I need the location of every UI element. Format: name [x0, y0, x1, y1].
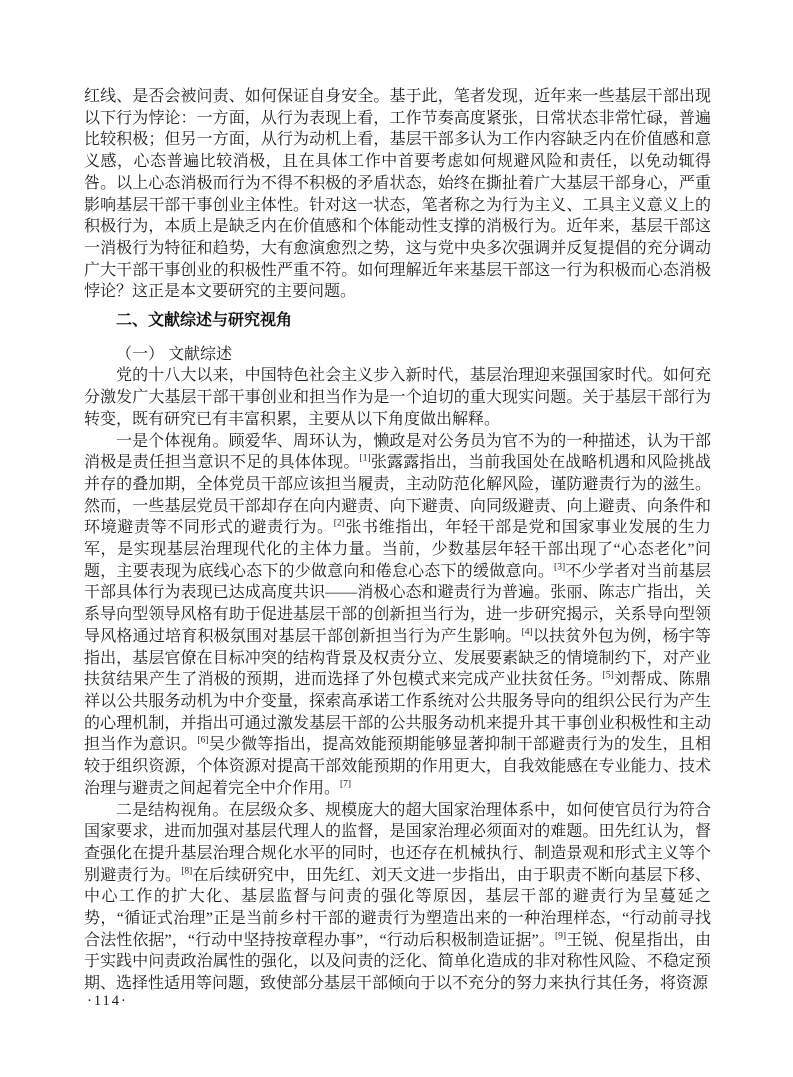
citation-marker: [6] [197, 736, 208, 746]
text-run: 红线、是否会被问责、如何保证自身安全。基于此，笔者发现，近年来一些基层干部出现以… [84, 88, 711, 300]
text-run: 党的十八大以来，中国特色社会主义步入新时代，基层治理迎来强国家时代。如何充分激发… [84, 367, 711, 427]
citation-marker: [3] [554, 562, 565, 572]
citation-marker: [8] [181, 866, 192, 876]
citation-marker: [4] [522, 628, 533, 638]
citation-marker: [1] [360, 454, 371, 464]
citation-marker: [7] [340, 779, 351, 789]
paragraph-structural-perspective: 二是结构视角。在层级众多、规模庞大的超大国家治理体系中，如何使官员行为符合国家要… [84, 800, 711, 995]
subsection-heading: （一） 文献综述 [84, 344, 711, 366]
page-body-text: 红线、是否会被问责、如何保证自身安全。基于此，笔者发现，近年来一些基层干部出现以… [84, 86, 711, 995]
paragraph-individual-perspective: 一是个体视角。顾爱华、周环认为，懒政是对公务员为官不为的一种描述，认为干部消极是… [84, 431, 711, 800]
paragraph-continuation: 红线、是否会被问责、如何保证自身安全。基于此，笔者发现，近年来一些基层干部出现以… [84, 86, 711, 303]
citation-marker: [5] [603, 671, 614, 681]
section-heading: 二、文献综述与研究视角 [84, 310, 711, 332]
citation-marker: [2] [334, 519, 345, 529]
page-number: ·114· [87, 993, 128, 1010]
document-page: 红线、是否会被问责、如何保证自身安全。基于此，笔者发现，近年来一些基层干部出现以… [0, 0, 793, 1077]
paragraph-literature-overview: 党的十八大以来，中国特色社会主义步入新时代，基层治理迎来强国家时代。如何充分激发… [84, 365, 711, 430]
citation-marker: [9] [555, 931, 566, 941]
